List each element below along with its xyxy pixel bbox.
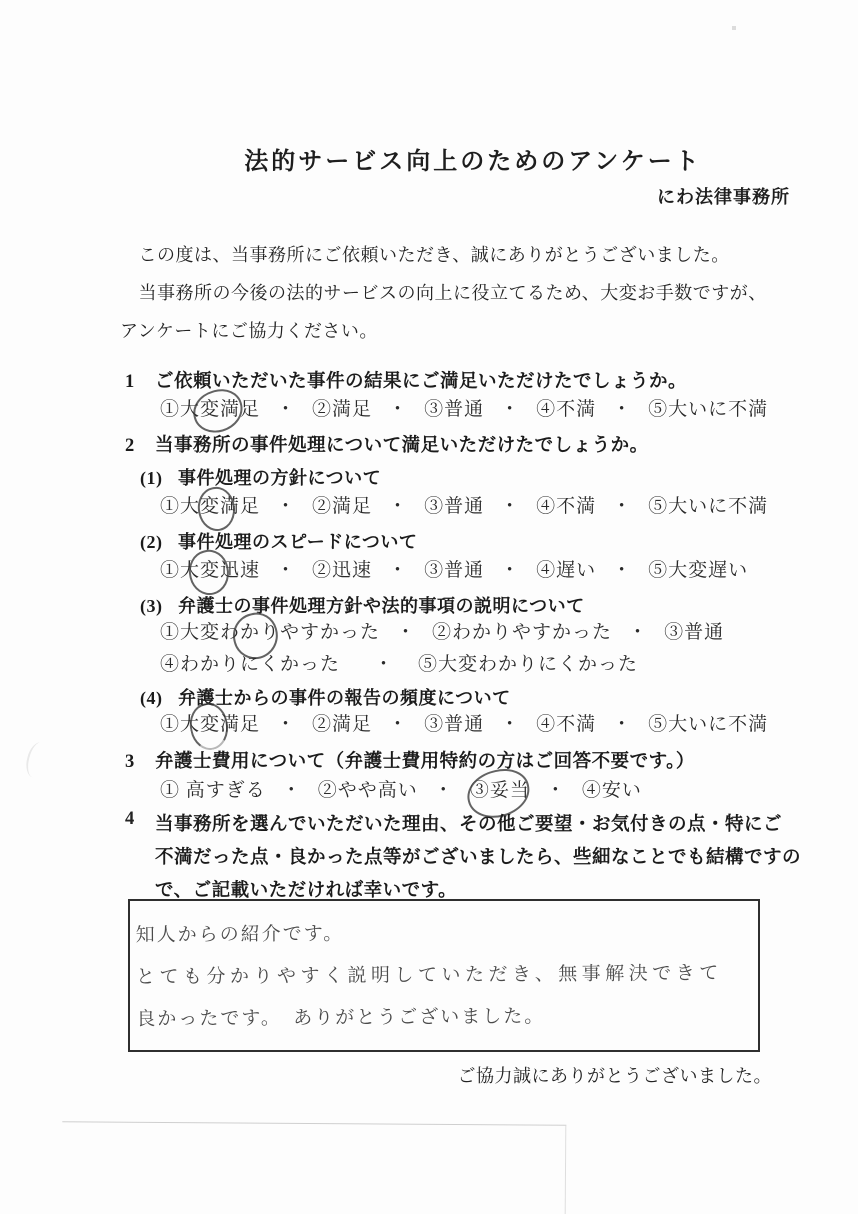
option-separator: ・ xyxy=(612,496,632,518)
q1-option-3-label: ③普通 xyxy=(424,399,484,420)
q3-option-3-label: ③妥当 xyxy=(470,780,530,801)
q2-3-option-3-label: ③普通 xyxy=(664,622,724,643)
q3-option-1: ① 高すぎる xyxy=(160,780,266,802)
page-title: 法的サービス向上のためのアンケート xyxy=(44,141,858,176)
handwritten-line: 知人からの紹介です。 xyxy=(136,911,723,957)
q2-4-option-1-label: ①大変満足 xyxy=(160,714,260,735)
question-2-1-options: ①大変満足・②満足・③普通・④不満・⑤大いに不満 xyxy=(160,496,768,518)
intro-line: この度は、当事務所にご依頼いただき、誠にありがとうございました。 xyxy=(120,236,767,274)
q1-option-5: ⑤大いに不満 xyxy=(648,399,768,421)
q2-2-option-2-label: ②迅速 xyxy=(312,560,372,581)
q2-3-option-2: ②わかりやすかった xyxy=(432,622,612,644)
question-2-4-title: 弁護士からの事件の報告の頻度について xyxy=(178,688,511,708)
option-separator: ・ xyxy=(500,399,520,421)
q2-1-option-5: ⑤大いに不満 xyxy=(648,496,768,518)
q2-2-option-5-label: ⑤大変遅い xyxy=(648,560,748,581)
option-separator: ・ xyxy=(612,560,632,582)
intro-line: アンケートにご協力ください。 xyxy=(120,312,767,350)
q2-2-option-3-label: ③普通 xyxy=(424,560,484,581)
q2-4-option-2: ②満足 xyxy=(312,714,372,736)
q2-3-option-1-label: ①大変わかりやすかった xyxy=(160,622,380,643)
q2-4-option-5-label: ⑤大いに不満 xyxy=(648,714,768,735)
q2-2-option-5: ⑤大変遅い xyxy=(648,560,748,582)
q1-option-3: ③普通 xyxy=(424,399,484,421)
q2-1-option-1: ①大変満足 xyxy=(160,496,260,518)
handwritten-comment: 知人からの紹介です。 とても分かりやすく説明していただき、無事解決できて 良かっ… xyxy=(136,911,724,1041)
question-2-1-number: (1) xyxy=(140,468,178,489)
q2-4-option-1: ①大変満足 xyxy=(160,714,260,736)
q2-1-option-3: ③普通 xyxy=(424,496,484,518)
q2-3-option-4: ④わかりにくかった xyxy=(160,654,340,676)
handwritten-line: 良かったです。 ありがとうございました。 xyxy=(136,995,723,1041)
question-3-text: 弁護士費用について（弁護士費用特約の方はご回答不要です。） xyxy=(155,752,695,772)
survey-document: 法的サービス向上のためのアンケート にわ法律事務所 この度は、当事務所にご依頼い… xyxy=(0,0,858,1214)
q1-option-2-label: ②満足 xyxy=(312,399,372,420)
q3-option-1-label: ① 高すぎる xyxy=(160,780,266,801)
option-separator: ・ xyxy=(276,399,296,421)
q2-1-option-3-label: ③普通 xyxy=(424,496,484,517)
question-4-number: 4 xyxy=(125,809,134,830)
question-2-4-number: (4) xyxy=(140,688,178,709)
question-3-heading: 3弁護士費用について（弁護士費用特約の方はご回答不要です。） xyxy=(125,747,695,773)
q2-3-option-5-label: ⑤大変わかりにくかった xyxy=(418,654,638,675)
q2-4-option-4-label: ④不満 xyxy=(536,714,596,735)
q3-option-3: ③妥当 xyxy=(470,780,530,802)
q2-2-option-4-label: ④遅い xyxy=(536,560,596,581)
question-2-4-heading: (4)弁護士からの事件の報告の頻度について xyxy=(140,684,511,710)
q2-1-option-1-label: ①大変満足 xyxy=(160,496,260,517)
option-separator: ・ xyxy=(388,496,408,518)
q2-4-option-4: ④不満 xyxy=(536,714,596,736)
q2-2-option-1-label: ①大変迅速 xyxy=(160,560,260,581)
option-separator: ・ xyxy=(396,622,416,644)
question-2-number: 2 xyxy=(125,436,155,457)
option-separator: ・ xyxy=(500,560,520,582)
question-2-2-heading: (2)事件処理のスピードについて xyxy=(140,528,417,554)
q2-4-option-5: ⑤大いに不満 xyxy=(648,714,768,736)
handwritten-line: とても分かりやすく説明していただき、無事解決できて xyxy=(136,953,723,999)
scanned-paper-edge xyxy=(62,1121,567,1214)
question-1-options: ①大変満足・②満足・③普通・④不満・⑤大いに不満 xyxy=(160,399,768,421)
question-2-text: 当事務所の事件処理について満足いただけたでしょうか。 xyxy=(155,436,649,456)
option-separator: ・ xyxy=(500,714,520,736)
question-2-heading: 2当事務所の事件処理について満足いただけたでしょうか。 xyxy=(125,431,649,457)
question-4-line: 不満だった点・良かった点等がございましたら、些細なことでも結構ですの xyxy=(155,842,801,875)
option-separator: ・ xyxy=(374,654,394,676)
option-separator: ・ xyxy=(276,714,296,736)
option-separator: ・ xyxy=(388,714,408,736)
option-separator: ・ xyxy=(388,399,408,421)
scan-artifact-speck xyxy=(732,26,736,30)
q2-2-option-4: ④遅い xyxy=(536,560,596,582)
q2-4-option-3: ③普通 xyxy=(424,714,484,736)
question-2-1-title: 事件処理の方針について xyxy=(178,468,381,488)
q2-1-option-4-label: ④不満 xyxy=(536,496,596,517)
option-separator: ・ xyxy=(546,780,566,802)
option-separator: ・ xyxy=(276,496,296,518)
q2-3-option-2-label: ②わかりやすかった xyxy=(432,622,612,643)
intro-paragraph: この度は、当事務所にご依頼いただき、誠にありがとうございました。 当事務所の今後… xyxy=(120,236,767,350)
closing-thanks: ご協力誠にありがとうございました。 xyxy=(458,1062,773,1088)
question-3-options: ① 高すぎる・②やや高い・③妥当・④安い xyxy=(160,780,642,802)
q2-2-option-2: ②迅速 xyxy=(312,560,372,582)
q3-option-4-label: ④安い xyxy=(582,780,642,801)
question-3-number: 3 xyxy=(125,752,155,773)
q1-option-5-label: ⑤大いに不満 xyxy=(648,399,768,420)
q2-1-option-5-label: ⑤大いに不満 xyxy=(648,496,768,517)
option-separator: ・ xyxy=(612,714,632,736)
q2-2-option-1: ①大変迅速 xyxy=(160,560,260,582)
option-separator: ・ xyxy=(276,560,296,582)
option-separator: ・ xyxy=(282,780,302,802)
option-separator: ・ xyxy=(500,496,520,518)
intro-line: 当事務所の今後の法的サービスの向上に役立てるため、大変お手数ですが、 xyxy=(120,274,767,312)
question-2-3-heading: (3)弁護士の事件処理方針や法的事項の説明について xyxy=(140,592,585,618)
question-1-heading: 1ご依頼いただいた事件の結果にご満足いただけたでしょうか。 xyxy=(125,367,687,393)
q1-option-4-label: ④不満 xyxy=(536,399,596,420)
question-2-1-heading: (1)事件処理の方針について xyxy=(140,464,381,490)
q1-option-1-label: ①大変満足 xyxy=(160,399,260,420)
question-2-3-options-row2: ④わかりにくかった・⑤大変わかりにくかった xyxy=(160,654,638,676)
office-name: にわ法律事務所 xyxy=(657,183,790,209)
question-4-text: 当事務所を選んでいただいた理由、その他ご要望・お気付きの点・特にご 不満だった点… xyxy=(155,809,801,908)
question-2-3-options-row1: ①大変わかりやすかった・②わかりやすかった・③普通 xyxy=(160,622,724,644)
q2-2-option-3: ③普通 xyxy=(424,560,484,582)
q1-option-1: ①大変満足 xyxy=(160,399,260,421)
q2-3-option-1: ①大変わかりやすかった xyxy=(160,622,380,644)
option-separator: ・ xyxy=(434,780,454,802)
q2-3-option-3: ③普通 xyxy=(664,622,724,644)
scan-artifact-curve xyxy=(23,740,51,780)
q3-option-2: ②やや高い xyxy=(318,780,418,802)
q2-3-option-4-label: ④わかりにくかった xyxy=(160,654,340,675)
comment-box: 知人からの紹介です。 とても分かりやすく説明していただき、無事解決できて 良かっ… xyxy=(128,899,760,1052)
question-2-2-number: (2) xyxy=(140,532,178,553)
q2-1-option-2-label: ②満足 xyxy=(312,496,372,517)
question-1-text: ご依頼いただいた事件の結果にご満足いただけたでしょうか。 xyxy=(155,372,687,392)
option-separator: ・ xyxy=(388,560,408,582)
option-separator: ・ xyxy=(628,622,648,644)
q2-3-option-5: ⑤大変わかりにくかった xyxy=(418,654,638,676)
q2-1-option-4: ④不満 xyxy=(536,496,596,518)
question-2-2-options: ①大変迅速・②迅速・③普通・④遅い・⑤大変遅い xyxy=(160,560,748,582)
q1-option-4: ④不満 xyxy=(536,399,596,421)
question-4-line: 当事務所を選んでいただいた理由、その他ご要望・お気付きの点・特にご xyxy=(155,809,801,842)
question-2-4-options: ①大変満足・②満足・③普通・④不満・⑤大いに不満 xyxy=(160,714,768,736)
q2-1-option-2: ②満足 xyxy=(312,496,372,518)
question-2-3-number: (3) xyxy=(140,596,178,617)
question-1-number: 1 xyxy=(125,372,155,393)
q2-4-option-2-label: ②満足 xyxy=(312,714,372,735)
question-2-3-title: 弁護士の事件処理方針や法的事項の説明について xyxy=(178,596,585,616)
q3-option-2-label: ②やや高い xyxy=(318,780,418,801)
question-2-2-title: 事件処理のスピードについて xyxy=(178,532,417,552)
q1-option-2: ②満足 xyxy=(312,399,372,421)
q2-4-option-3-label: ③普通 xyxy=(424,714,484,735)
q3-option-4: ④安い xyxy=(582,780,642,802)
option-separator: ・ xyxy=(612,399,632,421)
